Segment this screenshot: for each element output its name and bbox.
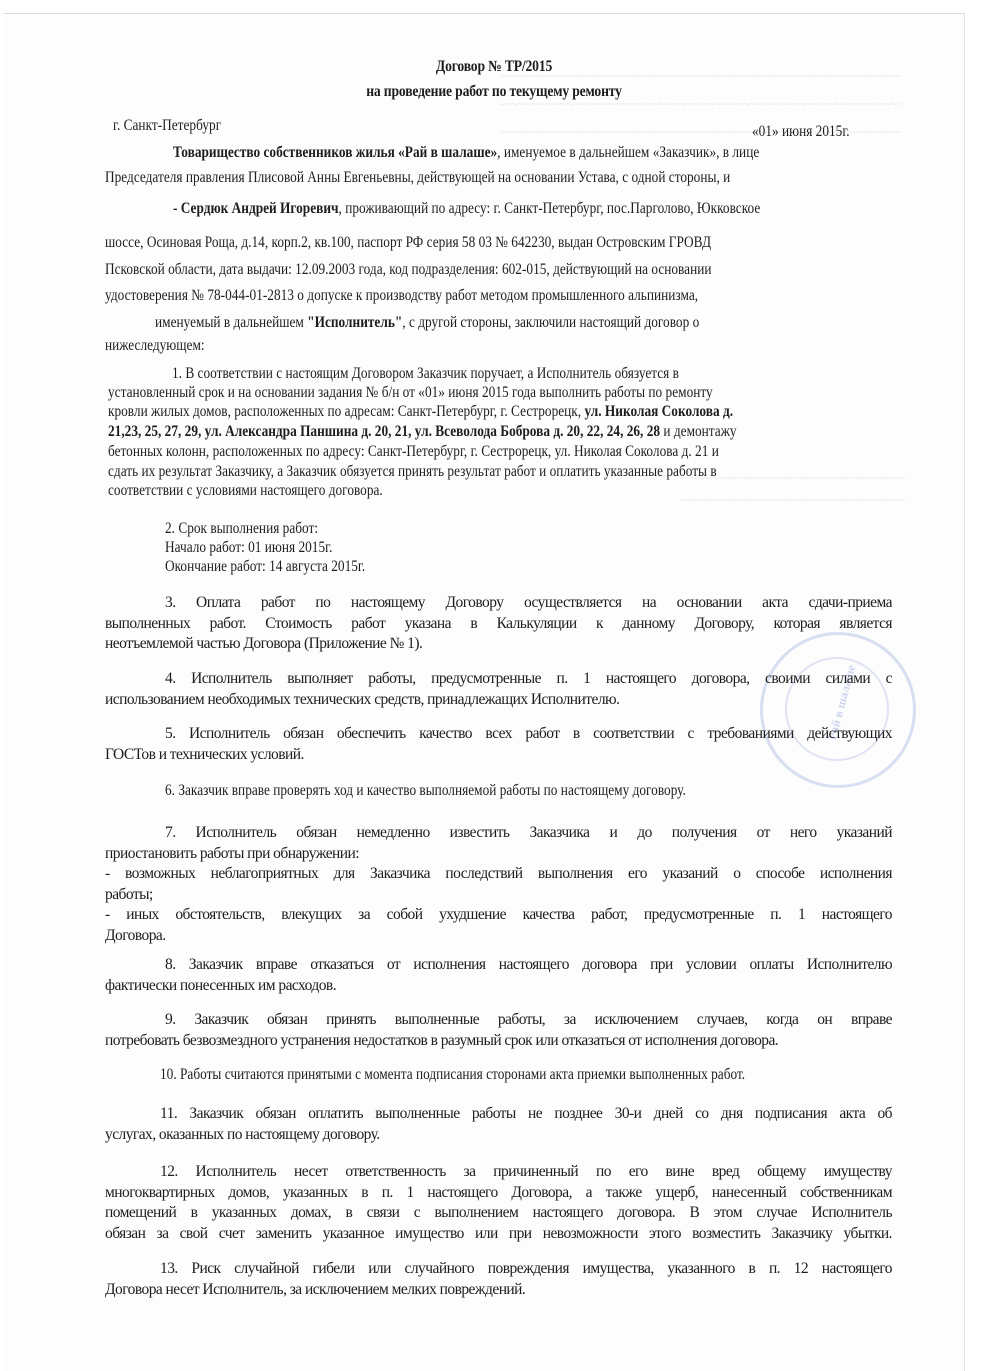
named-line-1: именуемый в дальнейшем "Исполнитель", с … [155, 314, 699, 332]
contract-date: «01» июня 2015г. [752, 123, 850, 141]
clause-line: 4. Исполнитель выполняет работы, предусм… [105, 669, 892, 690]
clause-2-heading: 2. Срок выполнения работ: [165, 520, 318, 538]
work-end-date: Окончание работ: 14 августа 2015г. [165, 558, 365, 576]
clause-line: 8. Заказчик вправе отказаться от исполне… [105, 955, 892, 976]
clause-1-line: кровли жилых домов, расположенных по адр… [108, 403, 733, 421]
clause-line: многоквартирных домов, указанных в п. 1 … [105, 1183, 892, 1204]
clause-1-text: и демонтажу [660, 423, 737, 440]
clause-line: потребовать безвозмездного устранения не… [105, 1031, 892, 1052]
document-title: Договор № ТР/2015 [59, 58, 928, 76]
clause-line: 3. Оплата работ по настоящему Договору о… [105, 593, 892, 614]
clause-line: выполненных работ. Стоимость работ указа… [105, 614, 892, 635]
clause-1-line: 21,23, 25, 27, 29, ул. Александра Паншин… [108, 423, 737, 441]
clause-5: 5. Исполнитель обязан обеспечить качеств… [105, 724, 892, 765]
contractor-text: , проживающий по адресу: г. Санкт-Петерб… [339, 200, 761, 217]
clause-line: ГОСТов и технических условий. [105, 745, 892, 766]
clause-line: услугах, оказанных по настоящему договор… [105, 1125, 892, 1146]
clause-line: - иных обстоятельств, влекущих за собой … [105, 905, 892, 926]
contractor-line-2: шоссе, Осиновая Роща, д.14, корп.2, кв.1… [105, 234, 711, 252]
clause-4: 4. Исполнитель выполняет работы, предусм… [105, 669, 892, 710]
clause-line: обязан за свой счет заменить указанное и… [105, 1224, 892, 1245]
clause-line: работы; [105, 885, 892, 906]
contractor-line-4: удостоверения № 78-044-01-2813 о допуске… [105, 287, 698, 305]
clause-1-line: 1. В соответствии с настоящим Договором … [172, 365, 679, 383]
named-line-2: нижеследующем: [105, 337, 205, 355]
clause-1-line: установленный срок и на основании задани… [108, 384, 713, 402]
address-list: ул. Николая Соколова д. [584, 403, 733, 420]
preamble-line-1: Товарищество собственников жилья «Рай в … [173, 144, 759, 162]
named-text: , с другой стороны, заключили настоящий … [402, 314, 699, 331]
contractor-name: - Сердюк Андрей Игоревич [173, 200, 339, 217]
preamble-text: , именуемое в дальнейшем «Заказчик», в л… [497, 144, 759, 161]
clause-9: 9. Заказчик обязан принять выполненные р… [105, 1010, 892, 1051]
clause-line: 5. Исполнитель обязан обеспечить качеств… [105, 724, 892, 745]
clause-line: 11. Заказчик обязан оплатить выполненные… [105, 1104, 892, 1125]
clause-11: 11. Заказчик обязан оплатить выполненные… [105, 1104, 892, 1145]
clause-1-line: соответствии с условиями настоящего дого… [108, 482, 383, 500]
clause-8: 8. Заказчик вправе отказаться от исполне… [105, 955, 892, 996]
clause-1-line: сдать их результат Заказчику, а Заказчик… [108, 463, 717, 481]
address-list: 21,23, 25, 27, 29, ул. Александра Паншин… [108, 423, 660, 440]
clause-3: 3. Оплата работ по настоящему Договору о… [105, 593, 892, 655]
preamble-line-2: Председателя правления Плисовой Анны Евг… [105, 169, 730, 187]
clause-line: фактически понесенных им расходов. [105, 976, 892, 997]
customer-name: Товарищество собственников жилья «Рай в … [173, 144, 497, 161]
clause-12: 12. Исполнитель несет ответственность за… [105, 1162, 892, 1244]
contractor-line-3: Псковской области, дата выдачи: 12.09.20… [105, 261, 712, 279]
clause-line: Договора несет Исполнитель, за исключени… [105, 1280, 892, 1301]
work-start-date: Начало работ: 01 июня 2015г. [165, 539, 332, 557]
clause-line: 7. Исполнитель обязан немедленно извести… [105, 823, 892, 844]
contractor-line-1: - Сердюк Андрей Игоревич, проживающий по… [173, 200, 760, 218]
clause-line: использованием необходимых технических с… [105, 690, 892, 711]
clause-line: приостановить работы при обнаружении: [105, 844, 892, 865]
contractor-role: "Исполнитель" [307, 314, 402, 331]
clause-line: Договора. [105, 926, 892, 947]
clause-line: 9. Заказчик обязан принять выполненные р… [105, 1010, 892, 1031]
clause-line: 12. Исполнитель несет ответственность за… [105, 1162, 892, 1183]
clause-6: 6. Заказчик вправе проверять ход и качес… [165, 782, 686, 800]
contract-city: г. Санкт-Петербург [113, 117, 221, 135]
document-subtitle: на проведение работ по текущему ремонту [59, 83, 928, 101]
clause-10: 10. Работы считаются принятыми с момента… [160, 1066, 745, 1084]
clause-1-line: бетонных колонн, расположенных по адресу… [108, 443, 719, 461]
clause-line: - возможных неблагоприятных для Заказчик… [105, 864, 892, 885]
bleed-through-text: ~~~~~~~~~~~~~~~~~~~~~~~~~~~~~~~~ [680, 492, 905, 508]
clause-7: 7. Исполнитель обязан немедленно извести… [105, 823, 892, 946]
clause-line: 13. Риск случайной гибели или случайного… [105, 1259, 892, 1280]
clause-line: неотъемлемой частью Договора (Приложение… [105, 634, 892, 655]
clause-13: 13. Риск случайной гибели или случайного… [105, 1259, 892, 1300]
named-text: именуемый в дальнейшем [155, 314, 307, 331]
clause-1-text: кровли жилых домов, расположенных по адр… [108, 403, 584, 420]
clause-line: помещений в указанных домах, в связи с в… [105, 1203, 892, 1224]
